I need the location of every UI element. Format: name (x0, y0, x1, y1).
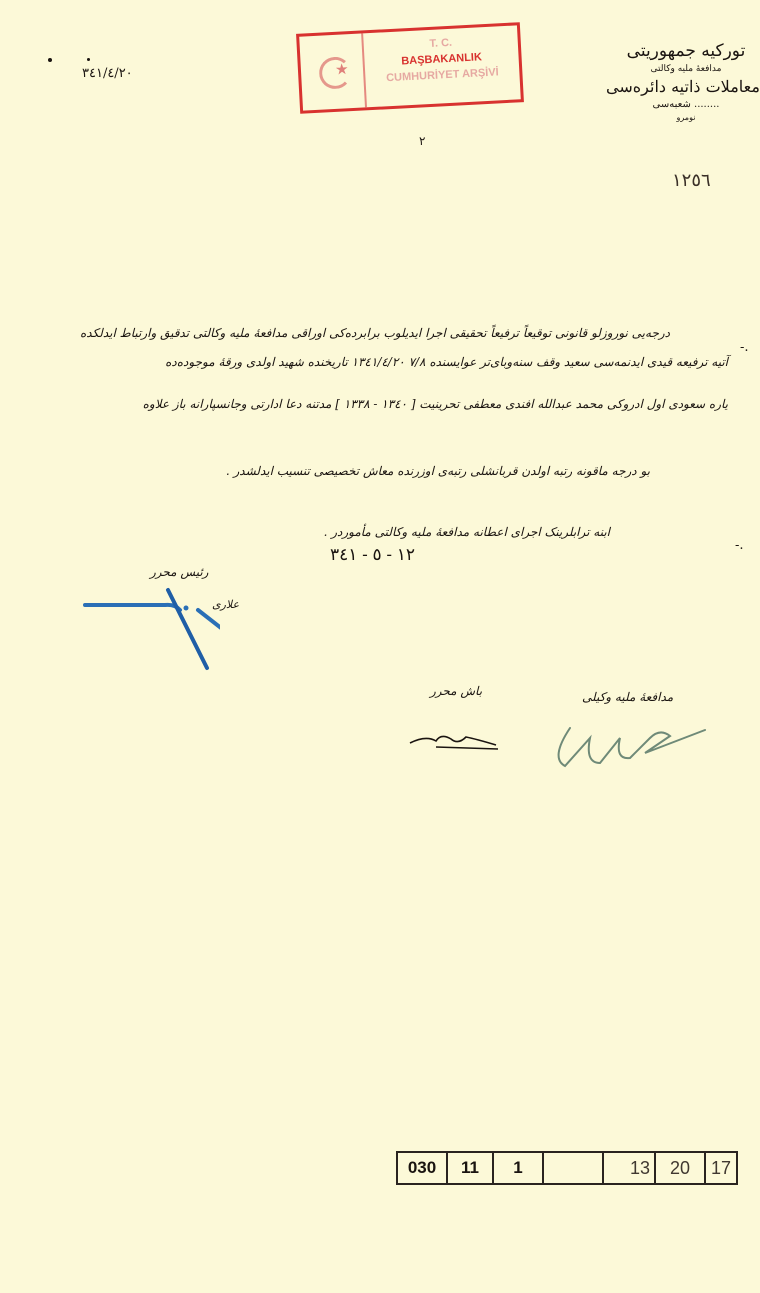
head-clerk-signature (406, 725, 506, 759)
file-code-cell: 13 (604, 1153, 656, 1183)
body-line-5: ابنه ترابلرینک اجرای اعطانه مدافعهٔ ملیه… (324, 525, 610, 539)
document-date: ١٢ - ٥ - ٣٤١ (330, 545, 415, 565)
file-code-cell: 11 (448, 1153, 494, 1183)
file-code-cell (544, 1153, 604, 1183)
paragraph-marker: -. (735, 538, 744, 553)
letterhead-ministry: مدافعهٔ ملیه وکالتی (612, 62, 760, 76)
letterhead-branch: ........ شعبه‌سی (612, 98, 760, 112)
file-code-cell: 1 (494, 1153, 544, 1183)
file-code-boxes: 030 11 1 13 20 17 (396, 1151, 738, 1185)
small-mark: ٢ (419, 134, 425, 148)
letterhead: تورکیه جمهوریتی مدافعهٔ ملیه وکالتی معام… (612, 40, 760, 124)
letterhead-department: معاملات ذاتیه دائره‌سی (606, 76, 760, 98)
file-code-cell: 17 (706, 1153, 736, 1183)
chief-clerk-title: رئیس محرر (150, 565, 208, 579)
reference-number: ٣٤١/٤/٢٠ (82, 66, 133, 81)
archive-stamp: ★ T. C. BAŞBAKANLIK CUMHURİYET ARŞİVİ (296, 22, 524, 114)
star-icon: ★ (336, 61, 348, 78)
paragraph-marker: -. (740, 340, 749, 355)
body-line-3: یاره سعودی اول ادروکی محمد عبدالله افندی… (143, 397, 728, 411)
file-code-cell: 20 (656, 1153, 706, 1183)
file-code-cell: 030 (398, 1153, 448, 1183)
minister-signature (550, 718, 710, 782)
stamp-divider (361, 33, 367, 107)
ink-dot (87, 58, 90, 61)
chief-clerk-name: علاری (212, 598, 239, 611)
body-line-4: بو درجه ماقونه رتبه اولدن قربانشلی رتبه‌… (226, 464, 650, 478)
document-number: ١٢٥٦ (672, 170, 711, 191)
letterhead-number-label: نومرو (612, 112, 760, 124)
body-line-2: آتیه ترفیعه قیدی ایدنمه‌سی سعید وقف سنه‌… (165, 355, 728, 369)
letterhead-republic: تورکیه جمهوریتی (612, 40, 760, 62)
blue-pencil-signature (80, 580, 220, 679)
ink-dot (48, 58, 52, 62)
head-clerk-title: باش محرر (430, 684, 482, 698)
minister-title: مدافعهٔ ملیه وکیلی (582, 690, 673, 704)
body-line-1: درجه‌یی نوروزلو قانونی توقیعاً ترفیعاً ت… (80, 326, 670, 340)
